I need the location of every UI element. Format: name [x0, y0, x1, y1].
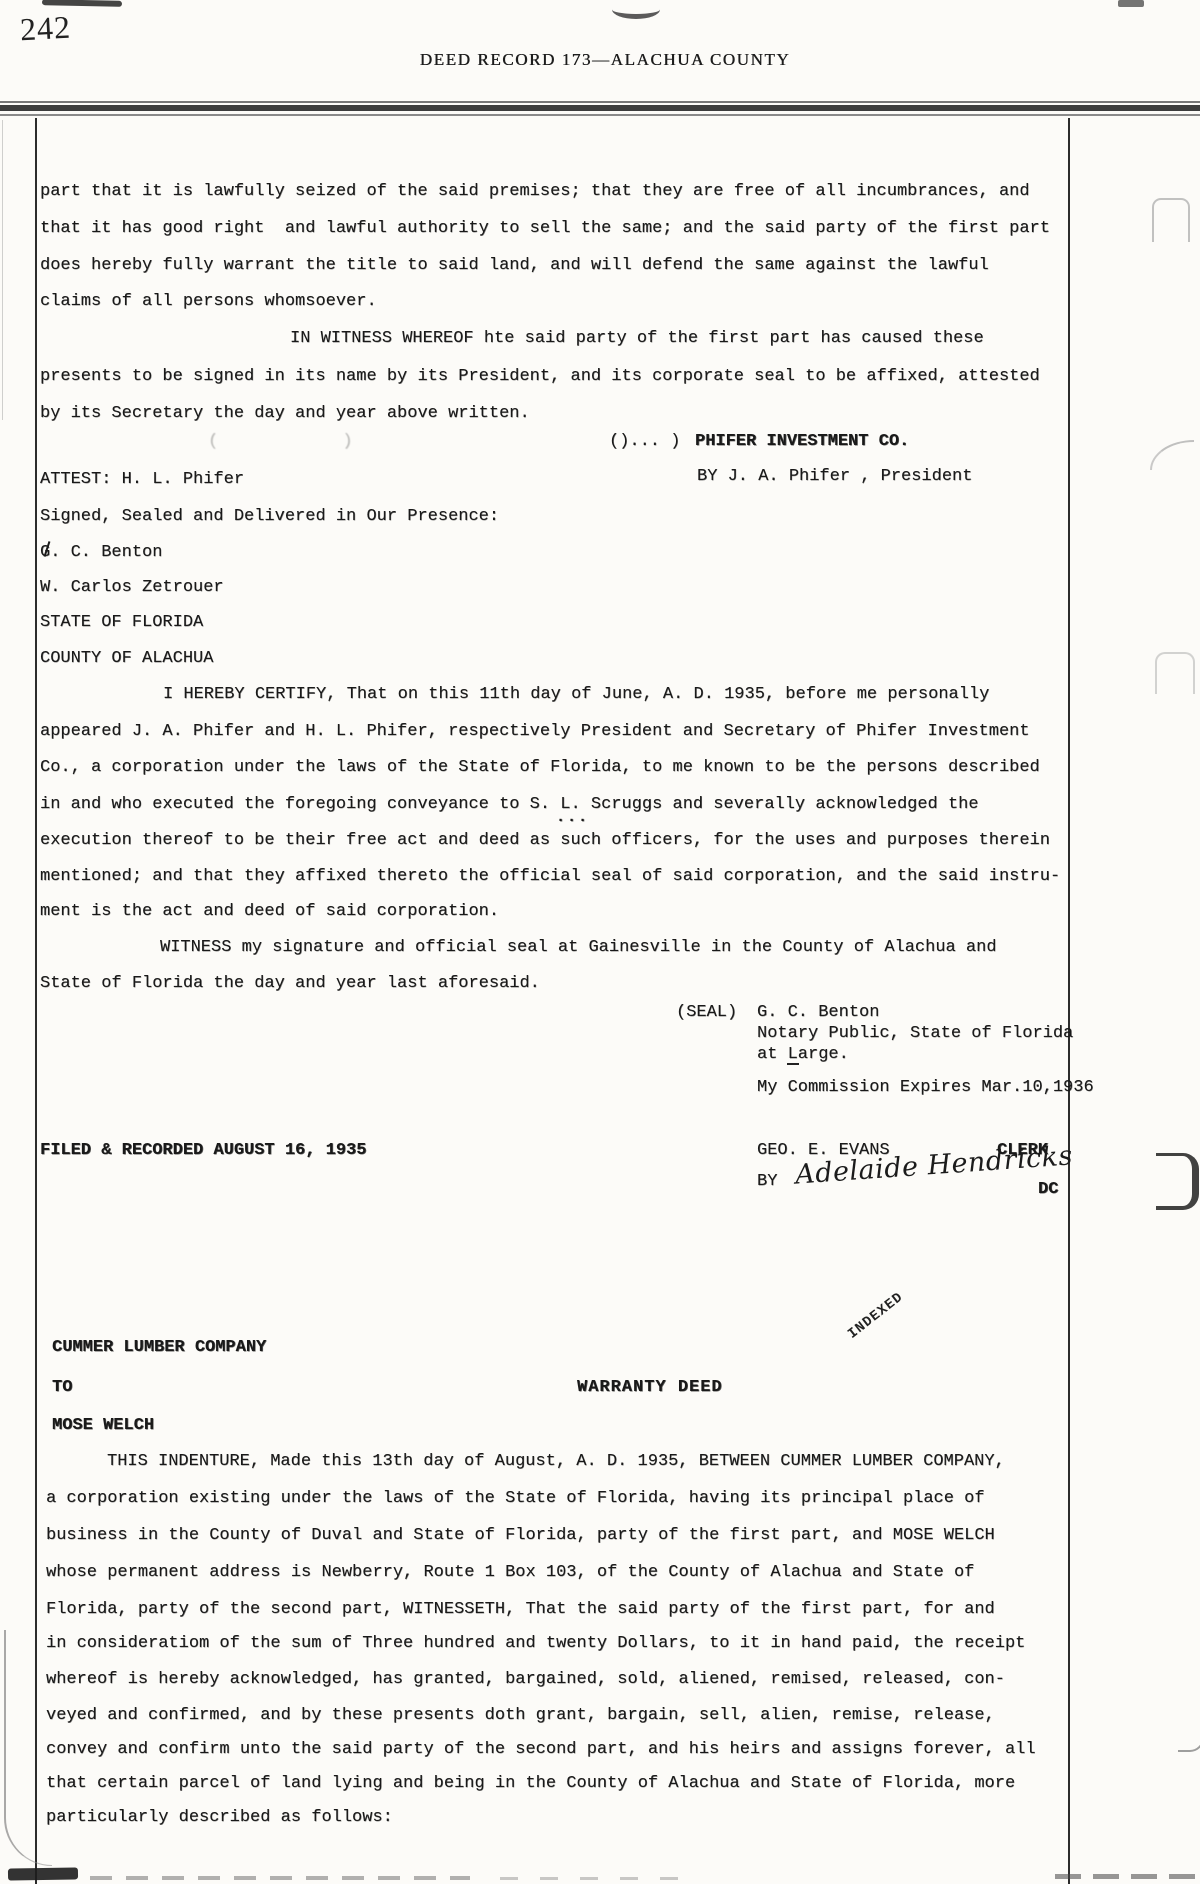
- deed-line: that certain parcel of land lying and be…: [46, 1774, 1015, 1794]
- commission-expiry-line: My Commission Expires Mar.10,1936: [757, 1078, 1094, 1098]
- notary-name: G. C. Benton: [757, 1003, 879, 1023]
- margin-artifact-jhook: [1178, 1662, 1200, 1752]
- deed-record-page: 242 DEED RECORD 173—ALACHUA COUNTY part …: [0, 0, 1200, 1884]
- margin-artifact-hook: [1156, 1153, 1199, 1210]
- president-signature-line: BY J. A. Phifer , President: [697, 467, 972, 487]
- corporate-seal-mark: ()... ): [609, 432, 680, 452]
- deed-line: presents to be signed in its name by its…: [40, 367, 1040, 387]
- deed-line: does hereby fully warrant the title to s…: [40, 256, 989, 276]
- witness-name: W. Carlos Zetrouer: [40, 578, 224, 598]
- deed-line: in consideratiom of the sum of Three hun…: [46, 1634, 1025, 1654]
- deed-line: THIS INDENTURE, Made this 13th day of Au…: [107, 1452, 1005, 1472]
- overstrike-dots: ...: [556, 808, 589, 828]
- deed-line: convey and confirm unto the said party o…: [46, 1740, 1036, 1760]
- indexed-stamp: INDEXED: [845, 1289, 907, 1342]
- attest-line: ATTEST: H. L. Phifer: [40, 470, 244, 490]
- scan-edge-dashes: [1055, 1874, 1200, 1879]
- deed-line: Co., a corporation under the laws of the…: [40, 758, 1040, 778]
- deed-line: veyed and confirmed, and by these presen…: [46, 1706, 995, 1726]
- header-rule-thin-bottom: [0, 114, 1200, 116]
- scan-edge-dashes: [90, 1876, 470, 1880]
- page-number: 242: [19, 9, 72, 49]
- deed-line: ment is the act and deed of said corpora…: [40, 902, 499, 922]
- deed-line: I HEREBY CERTIFY, That on this 11th day …: [163, 685, 989, 705]
- deed-line: a corporation existing under the laws of…: [46, 1489, 985, 1509]
- presence-line: Signed, Sealed and Delivered in Our Pres…: [40, 507, 499, 527]
- deed-line: appeared J. A. Phifer and H. L. Phifer, …: [40, 722, 1030, 742]
- deed-line: by its Secretary the day and year above …: [40, 404, 530, 424]
- deputy-by-label: BY: [757, 1172, 777, 1192]
- faint-seal-ghost: ( ): [208, 432, 362, 452]
- scan-smudge: [8, 1867, 78, 1880]
- deed-line: business in the County of Duval and Stat…: [46, 1526, 995, 1546]
- deed-line: Florida, party of the second part, WITNE…: [46, 1600, 995, 1620]
- filed-recorded-line: FILED & RECORDED AUGUST 16, 1935: [40, 1141, 366, 1161]
- margin-artifact-bracket: [1152, 198, 1190, 242]
- margin-artifact-arc: [1150, 440, 1194, 470]
- deed-line: particularly described as follows:: [46, 1808, 393, 1828]
- header-rule-thin-top: [0, 101, 1200, 103]
- scan-smudge: [1118, 0, 1144, 7]
- witness-name: G. C. Benton: [40, 543, 162, 563]
- deed-line: part that it is lawfully seized of the s…: [40, 182, 1030, 202]
- county-caption: COUNTY OF ALACHUA: [40, 649, 213, 669]
- deed-line: mentioned; and that they affixed thereto…: [40, 867, 1060, 887]
- deputy-title: DC: [1038, 1180, 1058, 1200]
- scan-smudge: [42, 0, 122, 7]
- instrument-type-heading: WARRANTY DEED: [577, 1378, 723, 1398]
- deed-line: that it has good right and lawful author…: [40, 219, 1050, 239]
- grantee-name: MOSE WELCH: [52, 1416, 154, 1436]
- header-rule-thick: [0, 105, 1200, 111]
- deed-line: WITNESS my signature and official seal a…: [160, 938, 997, 958]
- grantor-name: CUMMER LUMBER COMPANY: [52, 1338, 266, 1358]
- right-page-border: [1068, 118, 1070, 1884]
- grantor-company-name: PHIFER INVESTMENT CO.: [695, 432, 909, 452]
- scan-smudge: [612, 0, 660, 19]
- running-header: DEED RECORD 173—ALACHUA COUNTY: [0, 50, 1200, 70]
- deed-line: claims of all persons whomsoever.: [40, 292, 377, 312]
- deed-line: State of Florida the day and year last a…: [40, 974, 540, 994]
- seal-label: (SEAL): [676, 1003, 737, 1023]
- notary-title: at Large.: [757, 1045, 849, 1065]
- deed-line: whereof is hereby acknowledged, has gran…: [46, 1670, 1005, 1690]
- state-caption: STATE OF FLORIDA: [40, 613, 203, 633]
- scan-edge-dashes: [500, 1877, 700, 1880]
- deed-line: whose permanent address is Newberry, Rou…: [46, 1563, 974, 1583]
- deed-line: IN WITNESS WHEREOF hte said party of the…: [290, 329, 984, 349]
- left-edge-hairline: [2, 120, 3, 420]
- left-page-border: [35, 118, 37, 1884]
- notary-title: Notary Public, State of Florida: [757, 1024, 1073, 1044]
- to-label: TO: [52, 1378, 72, 1398]
- underline-mark: [787, 1063, 799, 1065]
- deed-line: in and who executed the foregoing convey…: [40, 795, 979, 815]
- page-curl-line: [4, 1630, 52, 1866]
- deed-line: execution thereof to be their free act a…: [40, 831, 1050, 851]
- margin-artifact-bracket: [1155, 652, 1195, 694]
